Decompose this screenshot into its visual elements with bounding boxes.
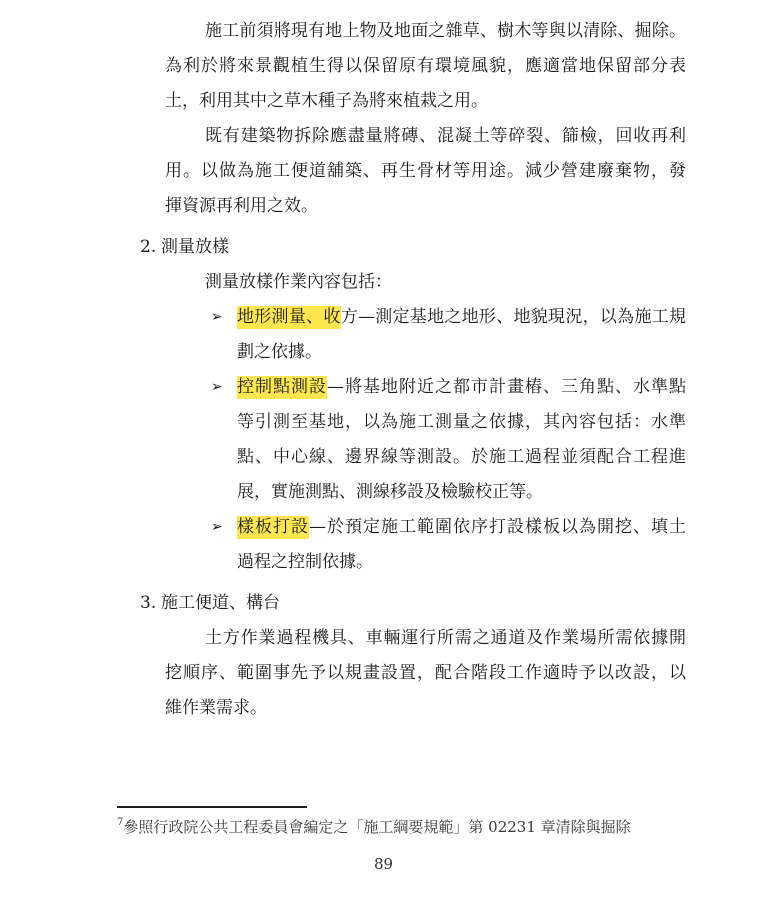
paragraph-line: 土，利用其中之草木種子為將來植栽之用。 [165, 84, 686, 119]
paragraph-demolition-recycling: 既有建築物拆除應盡量將磚、混凝土等碎裂、篩檢，回收再利 用。以做為施工便道舖築、… [165, 119, 686, 224]
bullet-line: 劃之依據。 [237, 335, 686, 370]
paragraph-line: 用。以做為施工便道舖築、再生骨材等用途。減少營建廢棄物，發 [165, 154, 686, 189]
highlight-topo-survey: 地形測量、收 [237, 306, 341, 329]
highlight-formwork-stakes: 樣板打設 [237, 516, 309, 539]
item-2-intro-line: 測量放樣作業內容包括： [165, 265, 686, 300]
list-item-2-heading: 2.測量放樣 [140, 230, 686, 265]
bullet-line: 地形測量、收方—測定基地之地形、地貌現況，以為施工規 [237, 300, 686, 335]
paragraph-line: 維作業需求。 [165, 691, 686, 726]
bullet-line: 點、中心線、邊界線等測設。於施工過程並須配合工程進 [237, 440, 686, 475]
bullet-text: 方—測定基地之地形、地貌現況，以為施工規 [341, 307, 686, 327]
list-item-3-title: 施工便道、構台 [161, 593, 280, 613]
bullet-line: 控制點測設—將基地附近之都市計畫樁、三角點、水準點 [237, 370, 686, 405]
footnote-body: 參照行政院公共工程委員會編定之「施工綱要規範」第 02231 章清除與掘除 [123, 818, 630, 836]
bullet-text: —將基地附近之都市計畫樁、三角點、水準點 [327, 377, 686, 397]
bullet-line: 展，實施測點、測線移設及檢驗校正等。 [237, 475, 686, 510]
document-page: 施工前須將現有地上物及地面之雜草、樹木等與以清除、掘除。 為利於將來景觀植生得以… [0, 0, 767, 916]
bullet-text: —於預定施工範圍依序打設樣板以為開挖、填土 [309, 517, 686, 537]
bullet-line: 樣板打設—於預定施工範圍依序打設樣板以為開挖、填土 [237, 510, 686, 545]
paragraph-line: 挖順序、範圍事先予以規畫設置，配合階段工作適時予以改設，以 [165, 656, 686, 691]
paragraph-line: 為利於將來景觀植生得以保留原有環境風貌，應適當地保留部分表 [165, 49, 686, 84]
page-number: 89 [0, 855, 767, 873]
bullet-arrow-icon: ➢ [211, 370, 223, 405]
bullet-formwork-stakes: ➢ 樣板打設—於預定施工範圍依序打設樣板以為開挖、填土 過程之控制依據。 [211, 510, 686, 580]
bullet-line: 等引測至基地，以為施工測量之依據，其內容包括：水準 [237, 405, 686, 440]
paragraph-line: 土方作業過程機具、車輛運行所需之通道及作業場所需依據開 [165, 621, 686, 656]
bullet-control-points: ➢ 控制點測設—將基地附近之都市計畫樁、三角點、水準點 等引測至基地，以為施工測… [211, 370, 686, 510]
footnote-separator [117, 806, 307, 808]
bullet-line: 過程之控制依據。 [237, 545, 686, 580]
document-body: 施工前須將現有地上物及地面之雜草、樹木等與以清除、掘除。 為利於將來景觀植生得以… [165, 14, 686, 726]
paragraph-haul-roads: 土方作業過程機具、車輛運行所需之通道及作業場所需依據開 挖順序、範圍事先予以規畫… [165, 621, 686, 726]
list-item-3-heading: 3.施工便道、構台 [140, 586, 686, 621]
footnote-text: 7參照行政院公共工程委員會編定之「施工綱要規範」第 02231 章清除與掘除 [117, 816, 677, 838]
bullet-topo-survey: ➢ 地形測量、收方—測定基地之地形、地貌現況，以為施工規 劃之依據。 [211, 300, 686, 370]
list-item-2-title: 測量放樣 [161, 237, 229, 257]
bullet-arrow-icon: ➢ [211, 510, 223, 545]
paragraph-line: 施工前須將現有地上物及地面之雜草、樹木等與以清除、掘除。 [165, 14, 686, 49]
paragraph-line: 既有建築物拆除應盡量將磚、混凝土等碎裂、篩檢，回收再利 [165, 119, 686, 154]
paragraph-site-clearing: 施工前須將現有地上物及地面之雜草、樹木等與以清除、掘除。 為利於將來景觀植生得以… [165, 14, 686, 119]
list-item-2-number: 2. [140, 230, 161, 265]
bullet-arrow-icon: ➢ [211, 300, 223, 335]
paragraph-line: 揮資源再利用之效。 [165, 189, 686, 224]
highlight-control-points: 控制點測設 [237, 376, 327, 399]
list-item-3-number: 3. [140, 586, 161, 621]
item-2-intro: 測量放樣作業內容包括： [165, 265, 686, 300]
footnote: 7參照行政院公共工程委員會編定之「施工綱要規範」第 02231 章清除與掘除 [117, 806, 677, 838]
